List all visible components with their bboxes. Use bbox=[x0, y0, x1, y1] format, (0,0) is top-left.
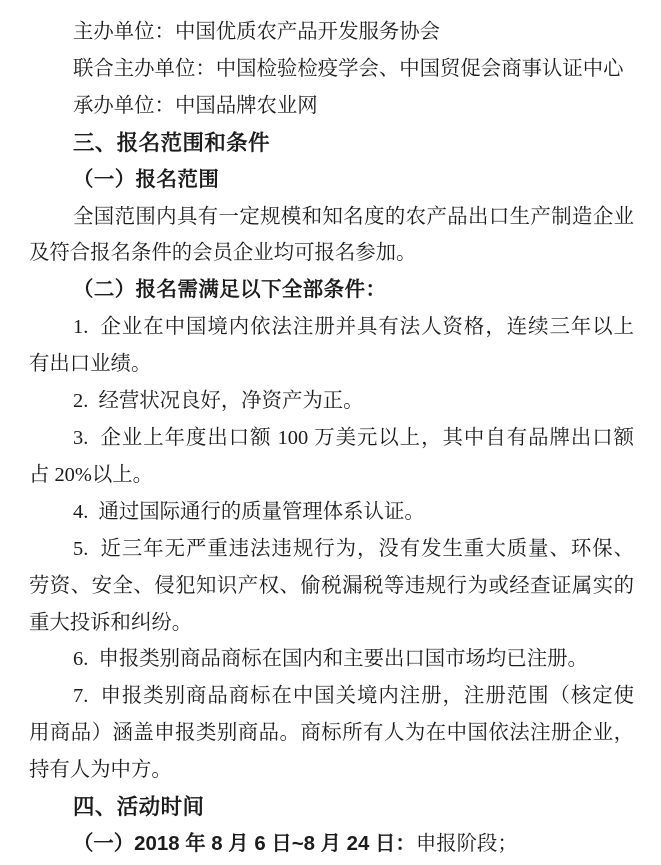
text-line: 联合主办单位：中国检验检疫学会、中国贸促会商事认证中心 bbox=[29, 51, 634, 88]
text-line: 6. 申报类别商品商标在国内和主要出口国市场均已注册。 bbox=[29, 641, 634, 678]
text-line: 用商品）涵盖申报类别商品。商标所有人为在中国依法注册企业， bbox=[29, 715, 634, 752]
section-heading-activity-time: 四、活动时间 bbox=[29, 789, 634, 826]
text-line: 2. 经营状况良好，净资产为正。 bbox=[29, 383, 634, 420]
text-line: 7. 申报类别商品商标在中国关境内注册，注册范围（核定使 bbox=[29, 678, 634, 715]
timeline-phase-1: （一）2018 年 8 月 6 日~8 月 24 日：申报阶段； bbox=[29, 826, 634, 863]
condition-7: 7. 申报类别商品商标在中国关境内注册，注册范围（核定使用商品）涵盖申报类别商品… bbox=[29, 678, 634, 789]
phase-label: 申报阶段； bbox=[416, 833, 518, 855]
text-line: 三、报名范围和条件 bbox=[29, 125, 634, 162]
condition-1: 1. 企业在中国境内依法注册并具有法人资格，连续三年以上有出口业绩。 bbox=[29, 309, 634, 383]
document-page: 主办单位：中国优质农产品开发服务协会联合主办单位：中国检验检疫学会、中国贸促会商… bbox=[0, 0, 661, 865]
condition-2: 2. 经营状况良好，净资产为正。 bbox=[29, 383, 634, 420]
text-line: 占 20%以上。 bbox=[29, 457, 634, 494]
text-line: （二）报名需满足以下全部条件： bbox=[29, 272, 634, 309]
text-line: 3. 企业上年度出口额 100 万美元以上，其中自有品牌出口额 bbox=[29, 420, 634, 457]
text-line: 劳资、安全、侵犯知识产权、偷税漏税等违规行为或经查证属实的 bbox=[29, 568, 634, 605]
condition-5: 5. 近三年无严重违法违规行为，没有发生重大质量、环保、劳资、安全、侵犯知识产权… bbox=[29, 531, 634, 642]
text-line: 5. 近三年无严重违法违规行为，没有发生重大质量、环保、 bbox=[29, 531, 634, 568]
text-line: 有出口业绩。 bbox=[29, 346, 634, 383]
condition-4: 4. 通过国际通行的质量管理体系认证。 bbox=[29, 494, 634, 531]
text-line: 主办单位：中国优质农产品开发服务协会 bbox=[29, 14, 634, 51]
text-line: 4. 通过国际通行的质量管理体系认证。 bbox=[29, 494, 634, 531]
text-line: 1. 企业在中国境内依法注册并具有法人资格，连续三年以上 bbox=[29, 309, 634, 346]
phase-date-range: （一）2018 年 8 月 6 日~8 月 24 日： bbox=[73, 833, 416, 855]
text-line: 持有人为中方。 bbox=[29, 752, 634, 789]
text-line: 及符合报名条件的会员企业均可报名参加。 bbox=[29, 235, 634, 272]
undertaker-line: 承办单位：中国品牌农业网 bbox=[29, 88, 634, 125]
text-line: （一）报名范围 bbox=[29, 162, 634, 199]
text-line: （一）2018 年 8 月 6 日~8 月 24 日：申报阶段； bbox=[29, 826, 634, 863]
text-line: 重大投诉和纠纷。 bbox=[29, 605, 634, 642]
condition-6: 6. 申报类别商品商标在国内和主要出口国市场均已注册。 bbox=[29, 641, 634, 678]
organizer-line: 主办单位：中国优质农产品开发服务协会 bbox=[29, 14, 634, 51]
text-line: 全国范围内具有一定规模和知名度的农产品出口生产制造企业 bbox=[29, 199, 634, 236]
subsection-heading-registration-scope: （一）报名范围 bbox=[29, 162, 634, 199]
subsection-heading-conditions: （二）报名需满足以下全部条件： bbox=[29, 272, 634, 309]
scope-paragraph: 全国范围内具有一定规模和知名度的农产品出口生产制造企业及符合报名条件的会员企业均… bbox=[29, 199, 634, 273]
text-line: 四、活动时间 bbox=[29, 789, 634, 826]
condition-3: 3. 企业上年度出口额 100 万美元以上，其中自有品牌出口额占 20%以上。 bbox=[29, 420, 634, 494]
section-heading-registration-scope-and-conditions: 三、报名范围和条件 bbox=[29, 125, 634, 162]
text-line: 承办单位：中国品牌农业网 bbox=[29, 88, 634, 125]
co-organizer-line: 联合主办单位：中国检验检疫学会、中国贸促会商事认证中心 bbox=[29, 51, 634, 88]
